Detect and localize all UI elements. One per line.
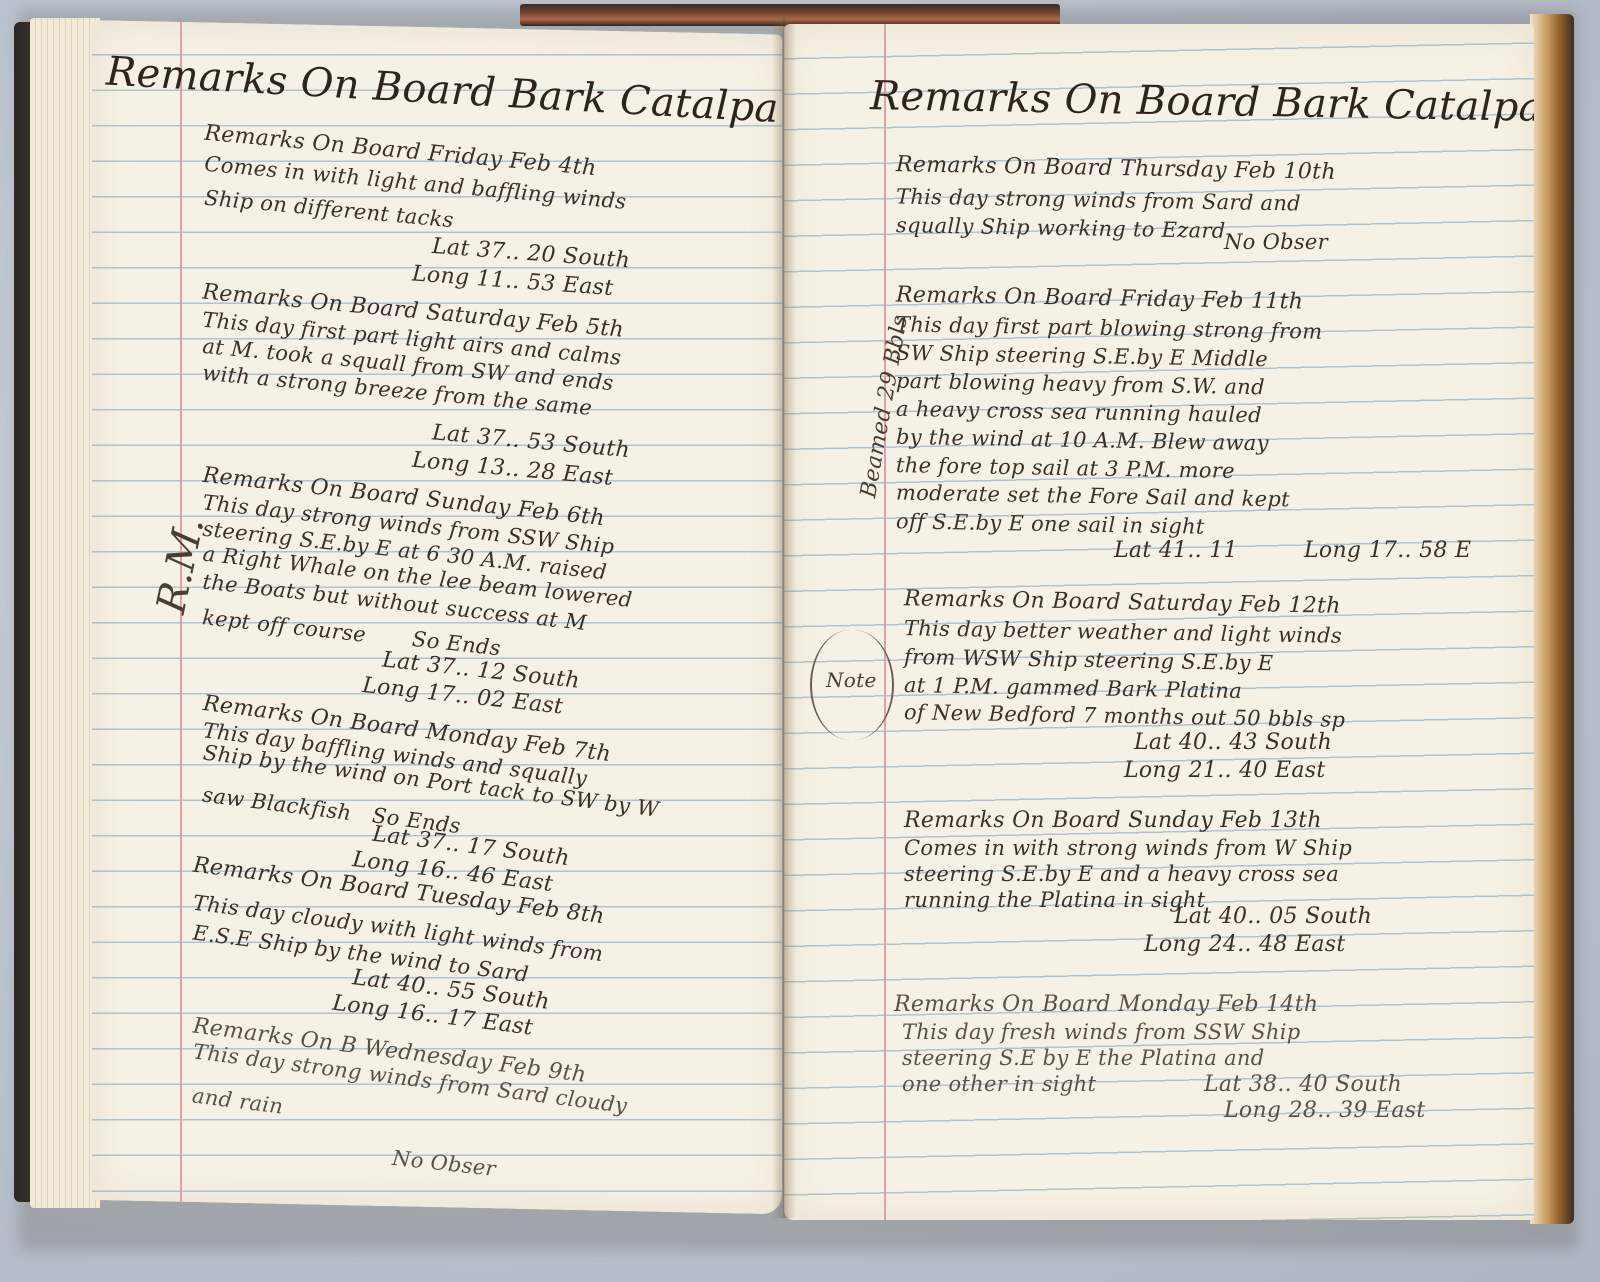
entry-heading: Remarks On Board Sunday Feb 13th: [904, 808, 1322, 833]
left-page: Remarks On Board Bark Catalpa R.M. Remar…: [92, 20, 782, 1214]
entry-line: running the Platina in sight: [904, 888, 1206, 912]
entry-line: This day better weather and light winds: [904, 616, 1342, 648]
latitude: Lat 40.. 43 South: [1134, 730, 1332, 755]
entry-line: by the wind at 10 A.M. Blew away: [896, 425, 1269, 456]
margin-rule: [884, 24, 886, 1220]
longitude: Long 21.. 40 East: [1124, 758, 1325, 783]
entry-closing: No Obser: [391, 1146, 497, 1181]
longitude: Long 17.. 58 E: [1304, 538, 1471, 563]
entry-closing: No Obser: [1224, 230, 1328, 254]
entry-line: off S.E.by E one sail in sight: [896, 509, 1205, 538]
margin-note-label: Note: [826, 668, 877, 692]
entry-line: This day strong winds from Sard and: [896, 184, 1301, 215]
entry-heading: Remarks On Board Monday Feb 14th: [894, 992, 1318, 1017]
entry-line: kept off course: [201, 605, 367, 647]
entry-line: moderate set the Fore Sail and kept: [896, 481, 1290, 512]
latitude: Lat 40.. 05 South: [1174, 904, 1372, 929]
entry-line: of New Bedford 7 months out 50 bbls sp: [904, 700, 1346, 732]
latitude: Lat 41.. 11: [1114, 538, 1238, 563]
longitude: Long 28.. 39 East: [1224, 1098, 1425, 1123]
entry-heading: Remarks On Board Friday Feb 11th: [896, 282, 1304, 314]
entry-line: and rain: [191, 1083, 284, 1118]
entry-line: Comes in with strong winds from W Ship: [904, 836, 1352, 860]
entry-line: at 1 P.M. gammed Bark Platina: [904, 673, 1242, 703]
entry-heading: Remarks On Board Saturday Feb 12th: [904, 586, 1341, 619]
entry-line: part blowing heavy from S.W. and: [896, 369, 1265, 399]
book-cover-right: [1530, 14, 1574, 1224]
book-gutter: [772, 18, 796, 1218]
page-stack-edge: [30, 18, 100, 1208]
entry-line: This day fresh winds from SSW Ship: [902, 1020, 1301, 1044]
page-header: Remarks On Board Bark Catalpa: [105, 49, 779, 133]
entry-line: steering S.E by E the Platina and: [902, 1046, 1264, 1070]
right-page: Remarks On Board Bark Catalpa 1876 Beame…: [784, 24, 1534, 1220]
entry-line: from WSW Ship steering S.E.by E: [904, 645, 1274, 675]
entry-heading: Remarks On Board Thursday Feb 10th: [896, 152, 1336, 185]
entry-line: the fore top sail at 3 P.M. more: [896, 453, 1235, 483]
entry-line: a heavy cross sea running hauled: [896, 397, 1262, 427]
entry-line: one other in sight: [902, 1072, 1096, 1096]
entry-line: saw Blackfish: [201, 783, 352, 826]
entry-line: steering S.E.by E and a heavy cross sea: [904, 862, 1339, 886]
page-header: Remarks On Board Bark Catalpa 1876: [870, 73, 1534, 133]
entry-line: This day first part blowing strong from: [896, 312, 1323, 343]
longitude: Long 24.. 48 East: [1144, 932, 1345, 957]
entry-line: SW Ship steering S.E.by E Middle: [896, 341, 1268, 371]
entry-line: squally Ship working to Ezard: [896, 213, 1226, 243]
latitude: Lat 38.. 40 South: [1204, 1072, 1402, 1097]
